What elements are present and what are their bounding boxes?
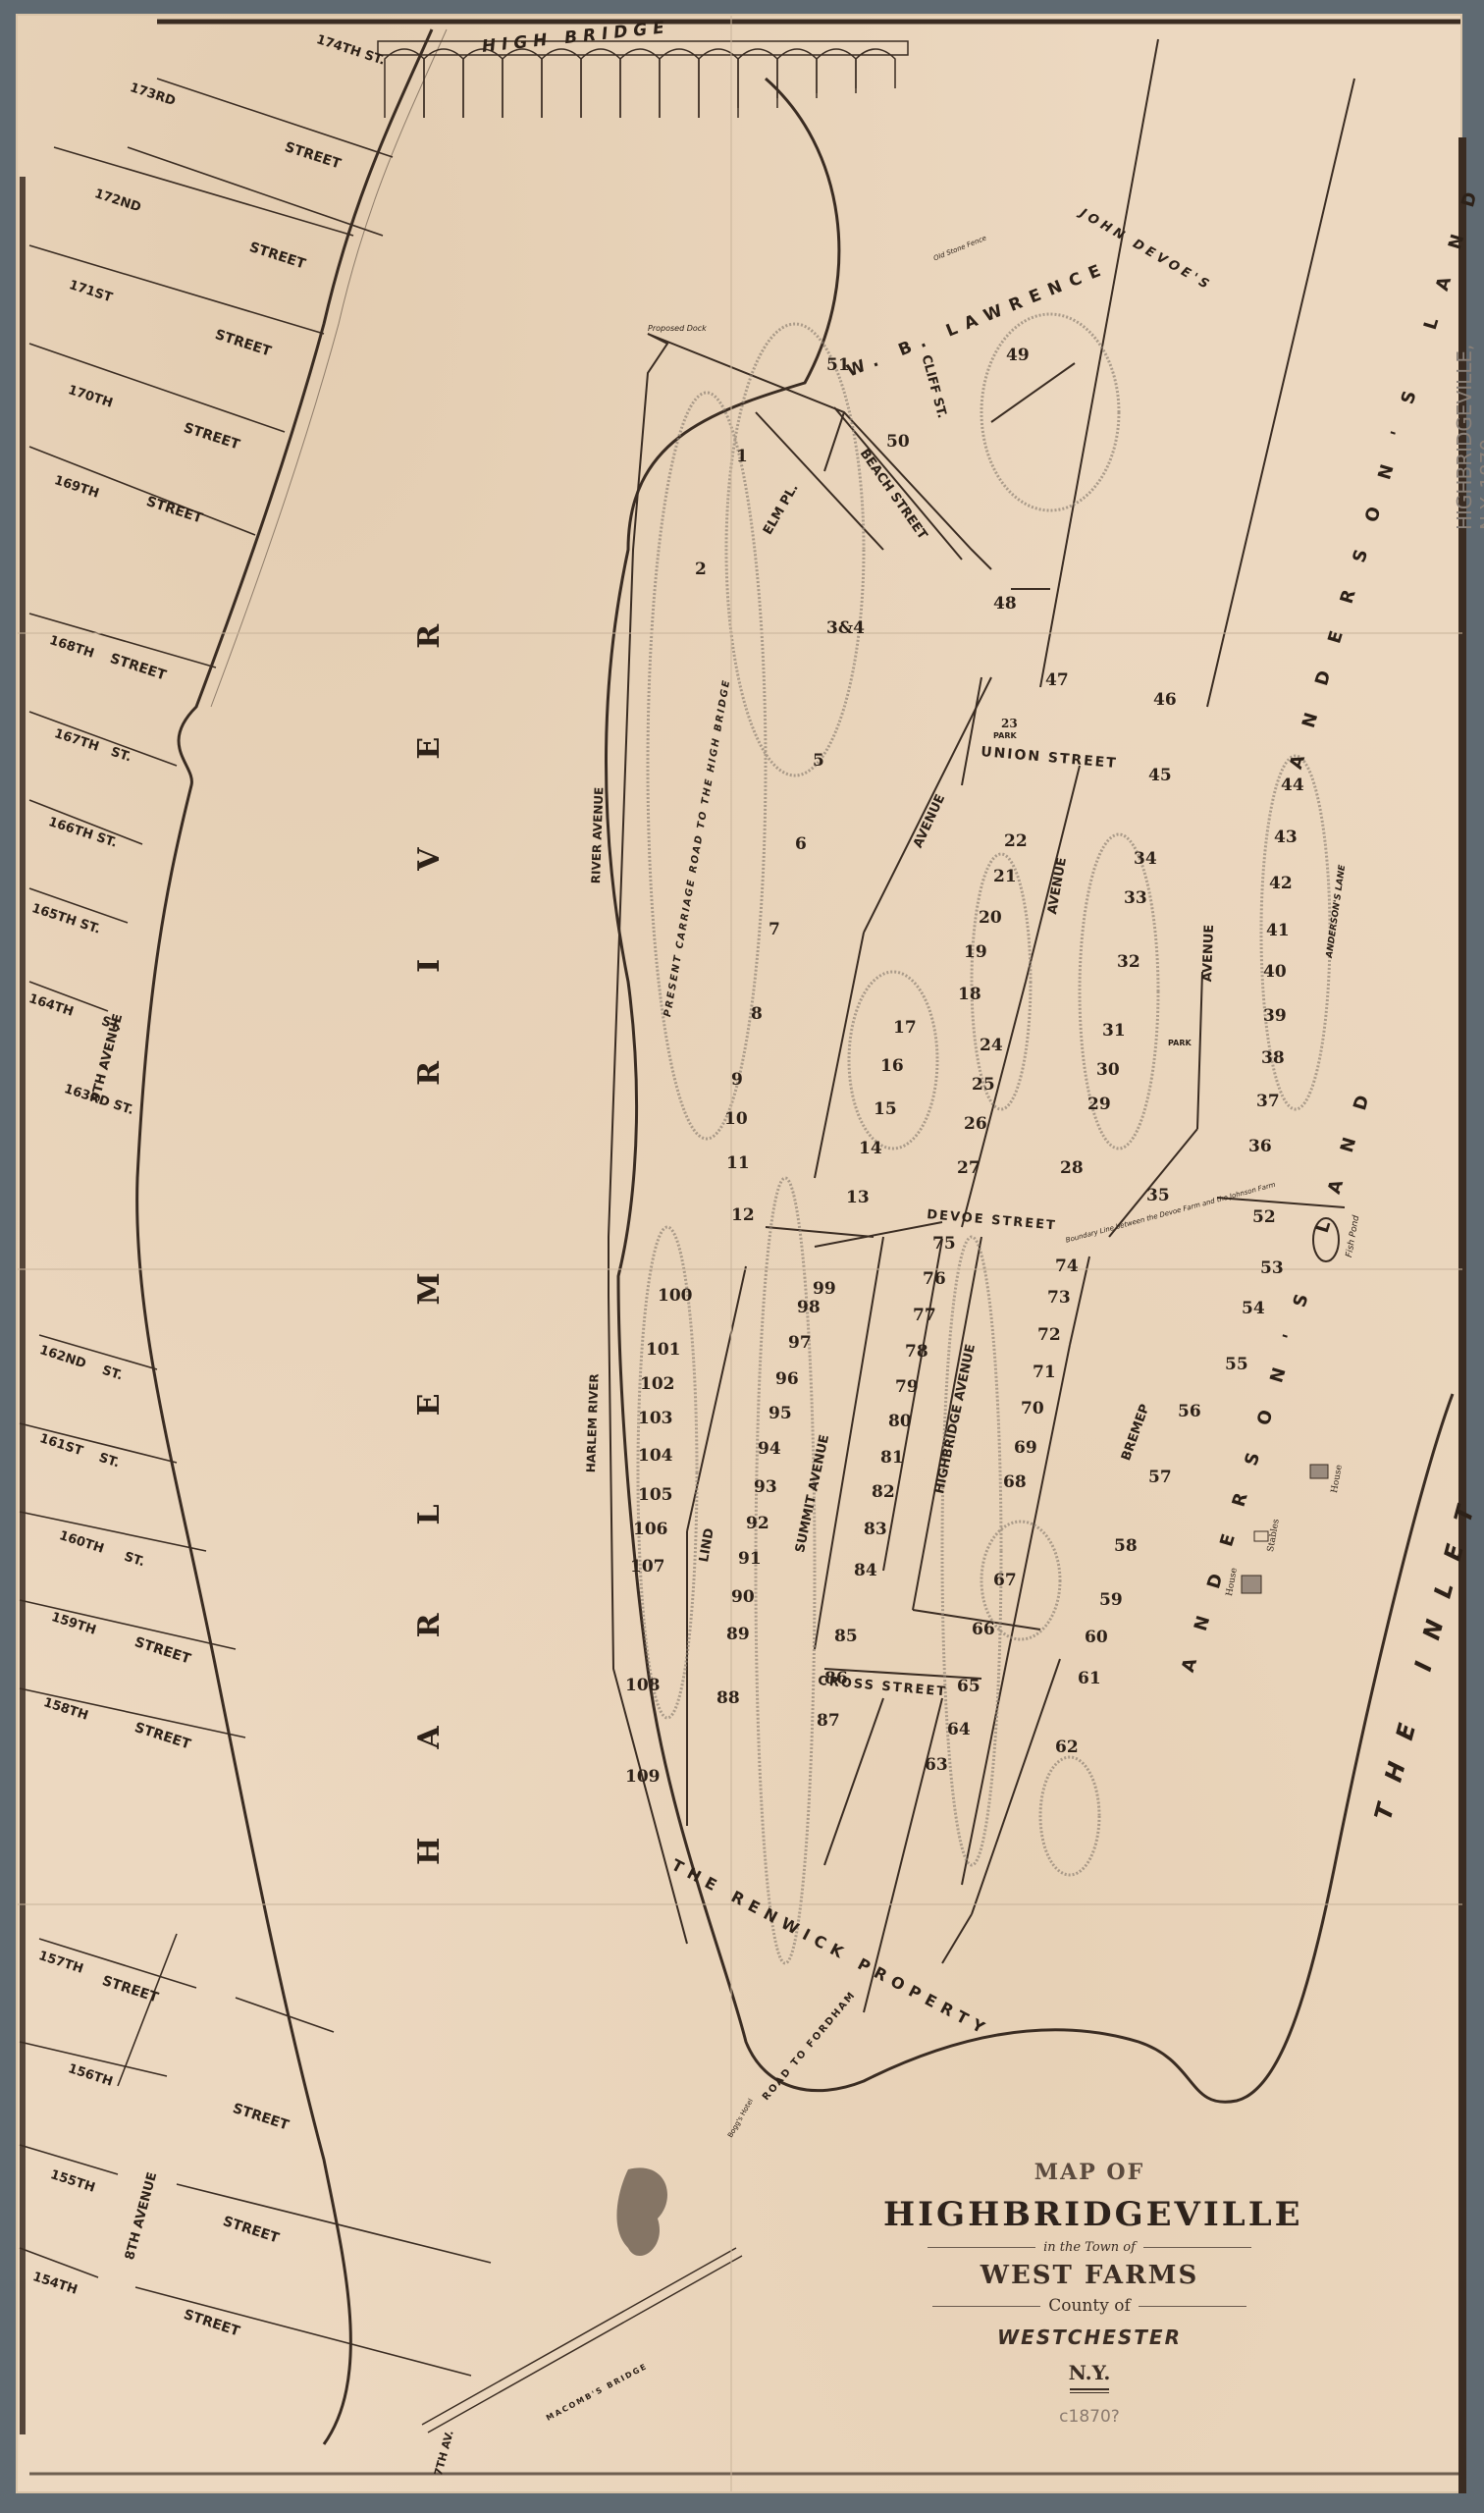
lot-63: 63 (925, 1755, 948, 1775)
lot-10: 10 (724, 1109, 748, 1129)
lot-59: 59 (1099, 1590, 1123, 1610)
lot-58: 58 (1114, 1536, 1138, 1556)
lot-11: 11 (726, 1153, 750, 1173)
lot-75: 75 (932, 1234, 956, 1254)
map-linework (0, 0, 1484, 2513)
title-county-of: County of (883, 2296, 1296, 2316)
lot-92: 92 (746, 1514, 769, 1533)
title-cartouche: MAP OF HIGHBRIDGEVILLE in the Town of WE… (883, 2160, 1296, 2427)
title-in-the-town-of: in the Town of (883, 2240, 1296, 2255)
lot-53: 53 (1260, 1258, 1284, 1278)
pencil-date: c1870? (883, 2407, 1296, 2427)
lot-45: 45 (1148, 766, 1172, 785)
lot-16: 16 (880, 1056, 904, 1076)
harlem-river-label: HARLEM RIVER (412, 393, 447, 1865)
lot-31: 31 (1102, 1021, 1126, 1041)
lot-13: 13 (846, 1188, 870, 1207)
lot-52: 52 (1252, 1207, 1276, 1227)
lot-77: 77 (913, 1306, 936, 1325)
lot-40: 40 (1263, 962, 1287, 982)
lot-99: 99 (813, 1279, 836, 1299)
lot-26: 26 (964, 1114, 987, 1134)
lot-34: 34 (1134, 849, 1157, 869)
lot-27: 27 (957, 1158, 980, 1178)
lot-25: 25 (972, 1075, 995, 1095)
lot-8: 8 (751, 1004, 763, 1024)
lot-57: 57 (1148, 1468, 1172, 1487)
lot-96: 96 (775, 1369, 799, 1389)
lot-76: 76 (923, 1269, 946, 1289)
lot-69: 69 (1014, 1438, 1037, 1458)
lot-61: 61 (1078, 1669, 1101, 1688)
lot-55: 55 (1225, 1355, 1248, 1374)
title-westchester: WESTCHESTER (883, 2326, 1296, 2349)
lot-78: 78 (905, 1342, 928, 1362)
lot-12: 12 (731, 1205, 755, 1225)
lot-104: 104 (638, 1446, 673, 1466)
lot-98: 98 (797, 1298, 821, 1317)
lot-20: 20 (979, 908, 1002, 928)
lot-17: 17 (893, 1018, 917, 1038)
park-label-1: PARK (993, 731, 1017, 740)
lot-80: 80 (888, 1412, 912, 1431)
lot-2: 2 (695, 560, 707, 579)
lot-35: 35 (1146, 1186, 1170, 1205)
lot-21: 21 (993, 867, 1017, 886)
lot-56: 56 (1178, 1402, 1201, 1421)
lot-97: 97 (788, 1333, 812, 1353)
lot-71: 71 (1033, 1363, 1056, 1382)
lot-72: 72 (1037, 1325, 1061, 1345)
lot-60: 60 (1085, 1628, 1108, 1647)
lot-51: 51 (826, 355, 850, 375)
lot-84: 84 (854, 1561, 877, 1580)
lot-48: 48 (993, 594, 1017, 614)
lot-109: 109 (625, 1767, 661, 1787)
lot-14: 14 (859, 1139, 882, 1158)
lot-9: 9 (731, 1070, 743, 1090)
title-west-farms: WEST FARMS (883, 2261, 1296, 2290)
title-ny: N.Y. (883, 2361, 1296, 2384)
lot-93: 93 (754, 1477, 777, 1497)
lot-47: 47 (1045, 670, 1069, 690)
lot-23: 23 (1001, 717, 1018, 730)
lot-43: 43 (1274, 828, 1298, 847)
lot-94: 94 (758, 1439, 781, 1459)
lot-38: 38 (1261, 1048, 1285, 1068)
lot-107: 107 (630, 1557, 665, 1577)
lot-87: 87 (817, 1711, 840, 1731)
lot-65: 65 (957, 1677, 980, 1696)
lot-102: 102 (640, 1374, 675, 1394)
lot-83: 83 (864, 1520, 887, 1539)
lot-73: 73 (1047, 1288, 1071, 1308)
lot-37: 37 (1256, 1092, 1280, 1111)
lot-44: 44 (1281, 775, 1304, 795)
lot-105: 105 (638, 1485, 673, 1505)
lot-18: 18 (958, 985, 981, 1004)
lot-24: 24 (980, 1036, 1003, 1055)
lot-15: 15 (874, 1099, 897, 1119)
lot-54: 54 (1242, 1299, 1265, 1318)
proposed-dock-label: Proposed Dock (648, 324, 707, 333)
lot-46: 46 (1153, 690, 1177, 710)
lot-67: 67 (993, 1571, 1017, 1590)
lot-1: 1 (736, 447, 748, 466)
lot-32: 32 (1117, 952, 1140, 972)
lot-106: 106 (633, 1520, 668, 1539)
lot-89: 89 (726, 1625, 750, 1644)
title-rule (1070, 2388, 1109, 2393)
lot-101: 101 (646, 1340, 681, 1360)
lot-79: 79 (895, 1377, 919, 1397)
lot-70: 70 (1021, 1399, 1044, 1418)
lot-5: 5 (813, 751, 824, 771)
lot-19: 19 (964, 942, 987, 962)
lot-41: 41 (1266, 921, 1290, 940)
lot-74: 74 (1055, 1256, 1079, 1276)
avenue-label-3: AVENUE (1200, 925, 1217, 983)
lot-82: 82 (872, 1482, 895, 1502)
lot-103: 103 (638, 1409, 673, 1428)
lot-85: 85 (834, 1627, 858, 1646)
lot-36: 36 (1248, 1137, 1272, 1156)
lot-29: 29 (1087, 1095, 1111, 1114)
lot-68: 68 (1003, 1472, 1027, 1492)
lot-42: 42 (1269, 874, 1293, 893)
lot-64: 64 (947, 1720, 971, 1739)
lot-86: 86 (824, 1669, 848, 1688)
title-highbridgeville: HIGHBRIDGEVILLE (883, 2195, 1296, 2234)
lot-108: 108 (625, 1676, 661, 1695)
lot-30: 30 (1096, 1060, 1120, 1080)
lot-28: 28 (1060, 1158, 1084, 1178)
lot-7: 7 (768, 920, 780, 939)
title-line-map-of: MAP OF (883, 2160, 1296, 2185)
lot-100: 100 (658, 1286, 693, 1306)
lot-49: 49 (1006, 346, 1030, 365)
margin-annotation: HIGHBRIDGEVILLE, N.Y. 1870 (1453, 345, 1484, 530)
lot-33: 33 (1124, 888, 1147, 908)
lot-39: 39 (1263, 1006, 1287, 1026)
lot-50: 50 (886, 432, 910, 452)
lot-91: 91 (738, 1549, 762, 1569)
lot-81: 81 (880, 1448, 904, 1468)
lot-6: 6 (795, 834, 807, 854)
lot-22: 22 (1004, 831, 1028, 851)
park-label-2: PARK (1168, 1039, 1192, 1047)
lot-3-4: 3&4 (826, 618, 865, 638)
lot-88: 88 (716, 1688, 740, 1708)
lot-62: 62 (1055, 1738, 1079, 1757)
lot-95: 95 (768, 1404, 792, 1423)
lot-66: 66 (972, 1620, 995, 1639)
lot-90: 90 (731, 1587, 755, 1607)
